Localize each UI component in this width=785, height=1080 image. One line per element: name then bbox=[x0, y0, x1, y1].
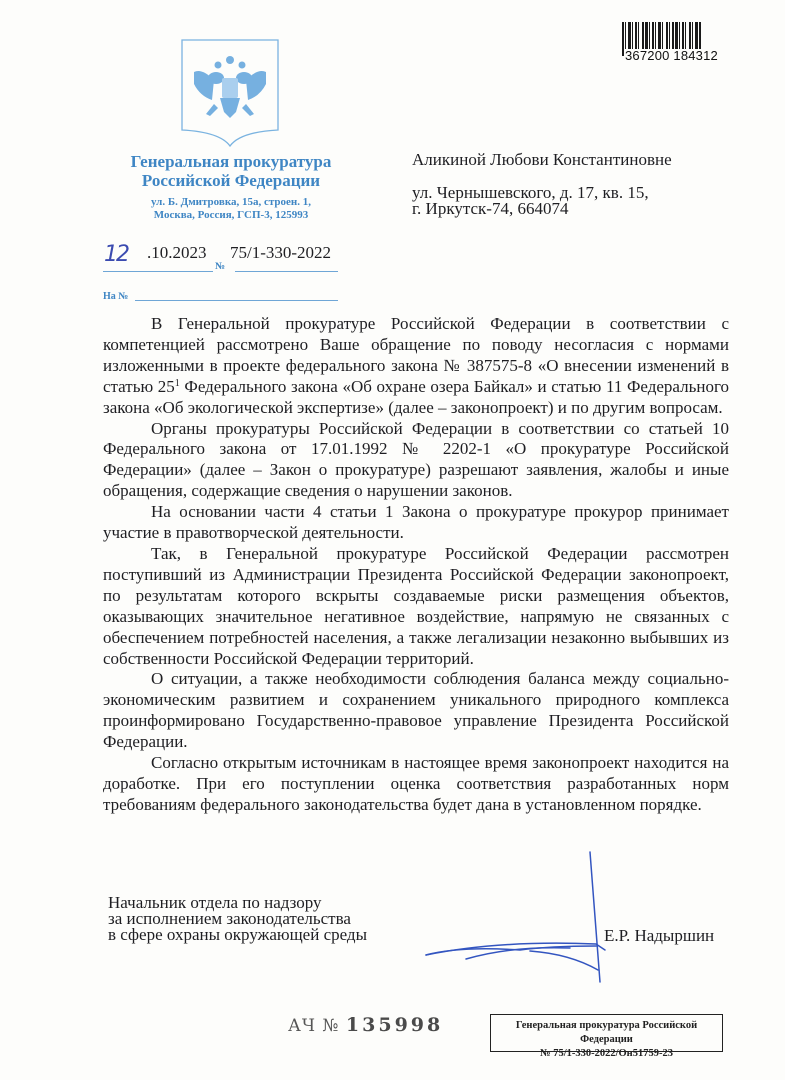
org-name-line2: Российской Федерации bbox=[96, 171, 366, 190]
recipient-address: ул. Чернышевского, д. 17, кв. 15, г. Ирк… bbox=[412, 185, 649, 217]
number-label: № bbox=[215, 261, 225, 272]
letter-number: 75/1-330-2022 bbox=[230, 243, 331, 263]
org-address-line1: ул. Б. Дмитровка, 15а, строен. 1, bbox=[96, 196, 366, 209]
serial-prefix: АЧ № bbox=[288, 1016, 340, 1036]
position-line3: в сфере охраны окружающей среды bbox=[108, 927, 367, 943]
org-name-line1: Генеральная прокуратура bbox=[96, 152, 366, 171]
stamp-line1: Генеральная прокуратура Российской Федер… bbox=[491, 1019, 722, 1047]
serial-value: 135998 bbox=[346, 1014, 443, 1036]
paragraph: Согласно открытым источникам в настоящее… bbox=[103, 753, 729, 816]
handwritten-day: 12 bbox=[104, 242, 128, 267]
paragraph: О ситуации, а также необходимости соблюд… bbox=[103, 669, 729, 753]
in-reply-label: На № bbox=[103, 291, 128, 302]
org-address: ул. Б. Дмитровка, 15а, строен. 1, Москва… bbox=[96, 196, 366, 222]
barcode: 367200 184312 bbox=[620, 0, 740, 62]
paragraph: В Генеральной прокуратуре Российской Фед… bbox=[103, 314, 729, 419]
recipient-address-line2: г. Иркутск-74, 664074 bbox=[412, 201, 649, 217]
org-address-line2: Москва, Россия, ГСП-3, 125993 bbox=[96, 209, 366, 222]
number-underline bbox=[235, 271, 338, 272]
signer-name: Е.Р. Надыршин bbox=[604, 926, 714, 946]
org-name: Генеральная прокуратура Российской Федер… bbox=[96, 152, 366, 190]
paragraph: Так, в Генеральной прокуратуре Российско… bbox=[103, 544, 729, 669]
letter-date: .10.2023 bbox=[147, 243, 207, 263]
barcode-number: 367200 184312 bbox=[624, 49, 719, 63]
handwritten-signature-icon bbox=[400, 846, 630, 991]
serial-number: АЧ № 135998 bbox=[288, 1014, 443, 1036]
date-underline bbox=[103, 271, 213, 272]
signer-position: Начальник отдела по надзору за исполнени… bbox=[108, 895, 367, 943]
coat-of-arms-icon bbox=[180, 38, 280, 148]
recipient-name: Аликиной Любови Константиновне bbox=[412, 150, 672, 169]
paragraph: На основании части 4 статьи 1 Закона о п… bbox=[103, 502, 729, 544]
paragraph-text: Федерального закона «Об охране озера Бай… bbox=[103, 377, 729, 417]
letter-body: В Генеральной прокуратуре Российской Фед… bbox=[103, 314, 729, 816]
stamp-line2: № 75/1-330-2022/Он51759-23 bbox=[491, 1047, 722, 1061]
paragraph: Органы прокуратуры Российской Федерации … bbox=[103, 419, 729, 503]
in-reply-underline bbox=[135, 300, 338, 301]
registration-stamp: Генеральная прокуратура Российской Федер… bbox=[490, 1014, 723, 1052]
